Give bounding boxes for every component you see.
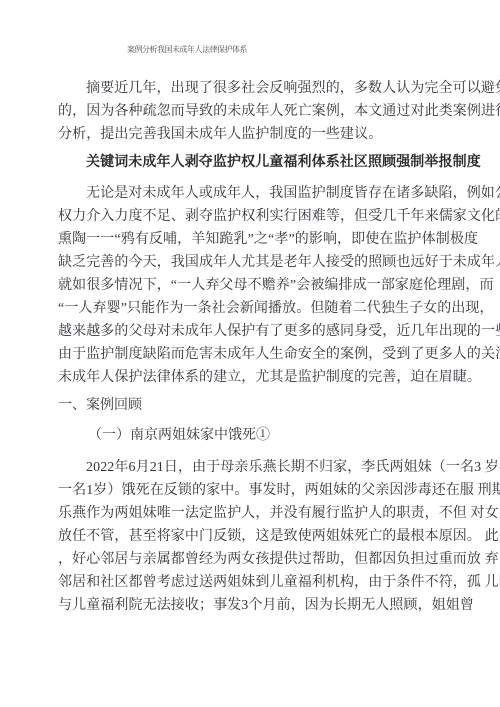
- case-paragraph: 2022年6月21日，由于母亲乐燕长期不归家，李氏两姐妹（一名3 岁、 一名1岁…: [58, 456, 455, 617]
- case-line: ，好心邻居与亲属都曾经为两女孩提供过帮助，但都因负担过重而放 弃；: [58, 548, 455, 571]
- case-line: 与儿童福利院无法接收；事发3个月前，因为长期无人照顾，姐姐曾: [58, 594, 455, 617]
- keywords-line: 关键词未成年人剥夺监护权儿童福利体系社区照顾强制举报制度: [58, 151, 455, 174]
- case-line: 邻居和社区都曾考虑过送两姐妹到儿童福利机构，由于条件不符，孤 儿院: [58, 571, 455, 594]
- intro-line: 缺乏完善的今天，我国成年人尤其是老年人接受的照顾也远好于未成年人，: [58, 251, 455, 274]
- intro-paragraph: 无论是对未成年人或成年人，我国监护制度皆存在诸多缺陷，例如公 权力介入力度不足、…: [58, 182, 455, 389]
- intro-line: 权力介入力度不足、剥夺监护权利实行困难等，但受几千年来儒家文化的: [58, 205, 455, 228]
- abstract-line: 的，因为各种疏忽而导致的未成年人死亡案例，本文通过对此类案例进行: [58, 100, 455, 123]
- abstract-paragraph: 摘要近几年，出现了很多社会反响强烈的，多数人认为完全可以避免 的，因为各种疏忽而…: [58, 77, 455, 146]
- case-line: 2022年6月21日，由于母亲乐燕长期不归家，李氏两姐妹（一名3 岁、: [58, 456, 455, 479]
- intro-line: 越来越多的父母对未成年人保护有了更多的感同身受，近几年出现的一些: [58, 320, 455, 343]
- intro-line: “一人弃婴”只能作为一条社会新闻播放。但随着二代独生子女的出现，: [58, 297, 455, 320]
- document-page: 案例分析我国未成年人法律保护体系 摘要近几年，出现了很多社会反响强烈的，多数人认…: [0, 0, 500, 707]
- intro-line: 未成年人保护法律体系的建立，尤其是监护制度的完善，迫在眉睫。: [58, 366, 455, 389]
- section-heading-case-review: 一、案例回顾: [58, 394, 455, 417]
- intro-line: 熏陶一一“鸦有反哺，羊知跪乳”之“孝”的影响，即使在监护体制极度: [58, 228, 455, 251]
- intro-line: 无论是对未成年人或成年人，我国监护制度皆存在诸多缺陷，例如公: [58, 182, 455, 205]
- case-subheading-nanjing-sisters: （一）南京两姐妹家中饿死①: [88, 424, 455, 447]
- keywords-paragraph: 关键词未成年人剥夺监护权儿童福利体系社区照顾强制举报制度: [58, 151, 455, 174]
- page-header-title: 案例分析我国未成年人法律保护体系: [127, 44, 455, 55]
- abstract-line: 摘要近几年，出现了很多社会反响强烈的，多数人认为完全可以避免: [58, 77, 455, 100]
- intro-line: 就如很多情况下，“一人弃父母不赡养”会被编排成一部家庭伦理剧，而: [58, 274, 455, 297]
- case-line: 一名1岁）饿死在反锁的家中。事发时，两姐妹的父亲因涉毒还在服 刑期，: [58, 479, 455, 502]
- abstract-line: 分析，提出完善我国未成年人监护制度的一些建议。: [58, 123, 455, 146]
- case-line: 乐燕作为两姐妹唯一法定监护人，并没有履行监护人的职责，不但 对女儿: [58, 502, 455, 525]
- intro-line: 由于监护制度缺陷而危害未成年人生命安全的案例，受到了更多人的关注，: [58, 343, 455, 366]
- case-line: 放任不管，甚至将家中门反锁，这是致使两姐妹死亡的最根本原因。 此外: [58, 525, 455, 548]
